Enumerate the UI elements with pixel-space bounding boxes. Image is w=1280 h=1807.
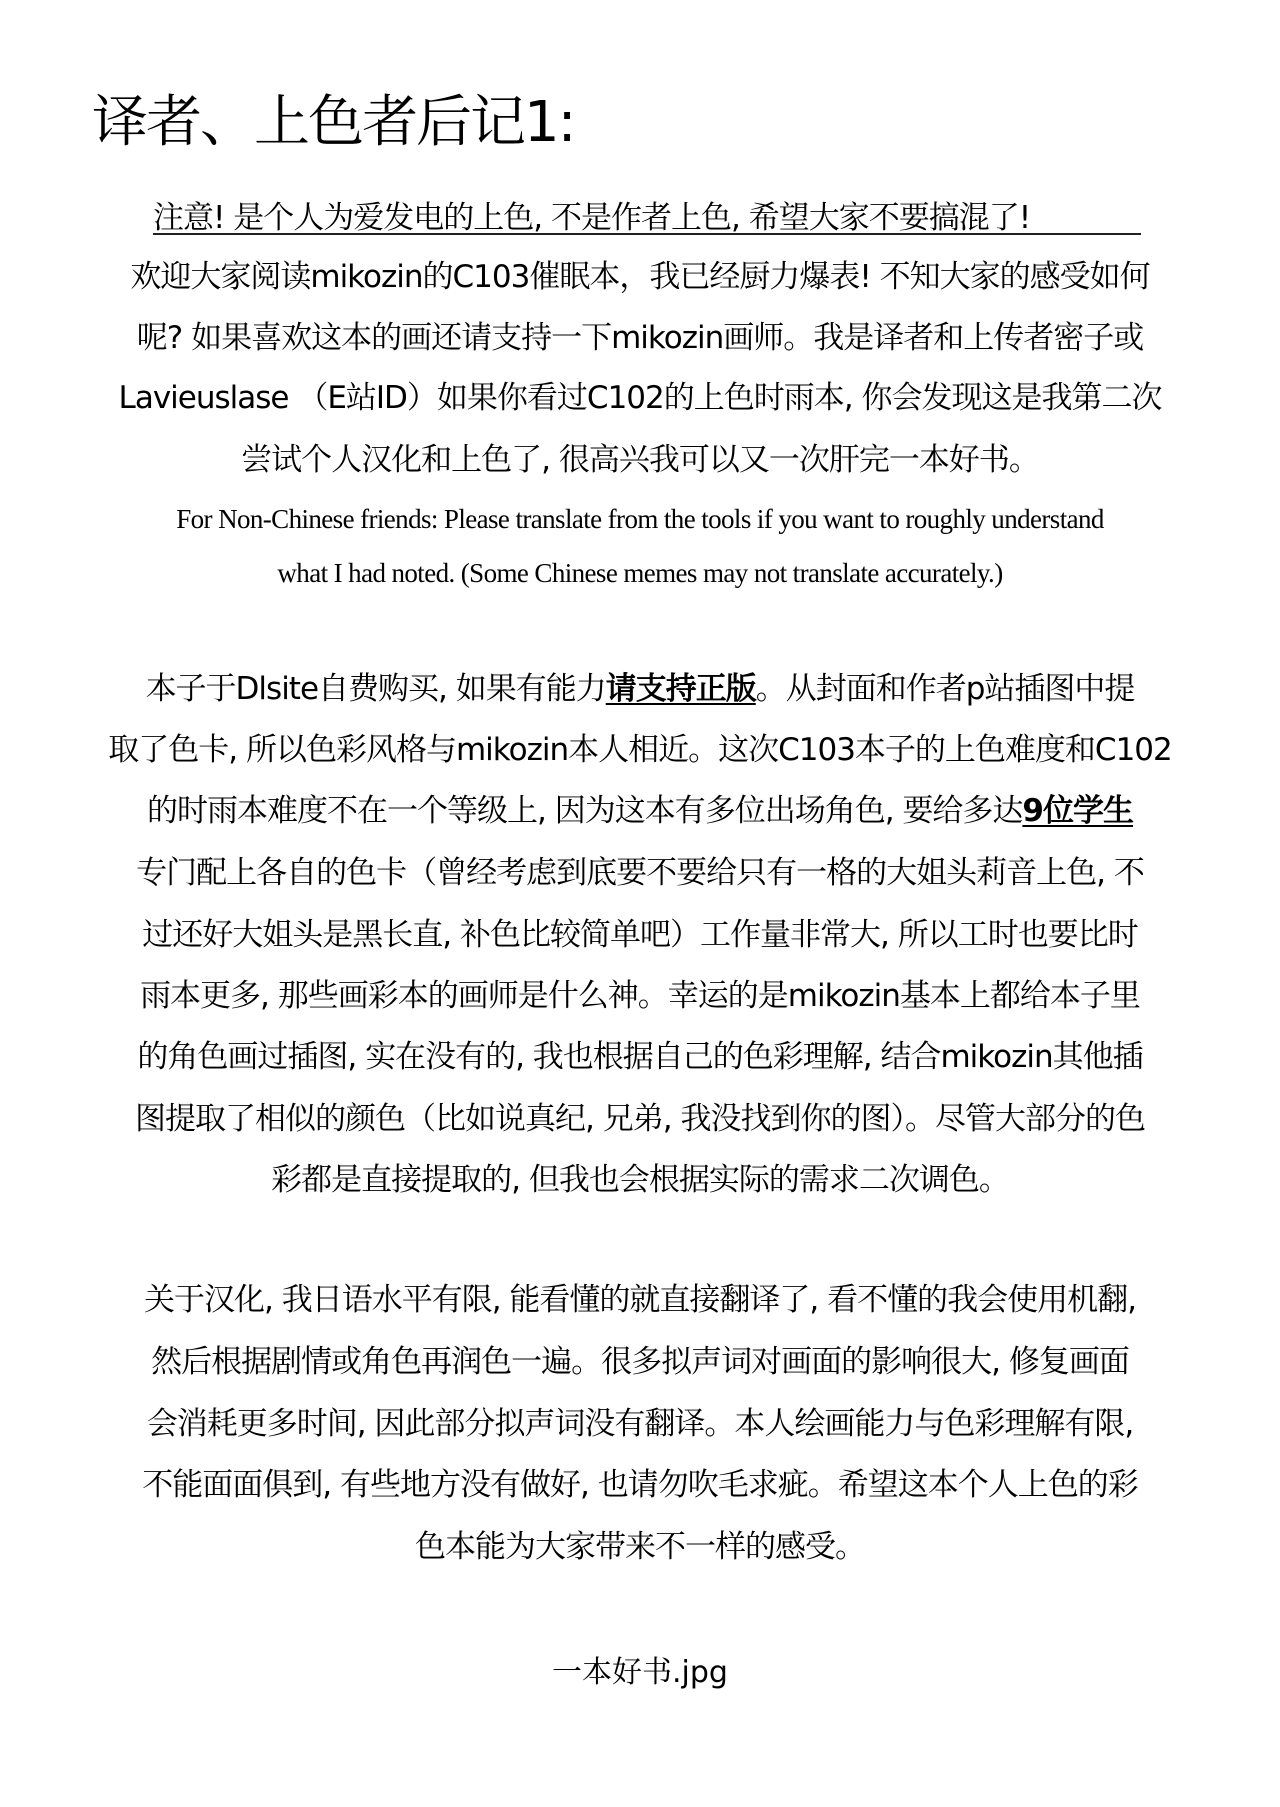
translation-line: 色本能为大家带来不一样的感受。 bbox=[0, 1527, 1280, 1567]
coloring-line: 专门配上各自的色卡（曾经考虑到底要不要给只有一格的大姐头莉音上色, 不 bbox=[0, 853, 1280, 893]
translation-line: 不能面面俱到, 有些地方没有做好, 也请勿吹毛求疵。希望这本个人上色的彩 bbox=[0, 1465, 1280, 1505]
coloring-line: 取了色卡, 所以色彩风格与mikozin本人相近。这次C103本子的上色难度和C… bbox=[0, 730, 1280, 770]
page-title: 译者、上色者后记1: bbox=[92, 88, 575, 158]
translation-line: 然后根据剧情或角色再润色一遍。很多拟声词对画面的影响很大, 修复画面 bbox=[0, 1342, 1280, 1382]
coloring-line: 过还好大姐头是黑长直, 补色比较简单吧）工作量非常大, 所以工时也要比时 bbox=[0, 915, 1280, 955]
coloring-text: 的时雨本难度不在一个等级上, 因为这本有多位出场角色, 要给多达 bbox=[147, 793, 1022, 829]
intro-line: Lavieuslase （E站ID）如果你看过C102的上色时雨本, 你会发现这… bbox=[0, 378, 1280, 418]
support-official-emphasis: 请支持正版 bbox=[606, 671, 756, 707]
notice-underline bbox=[153, 233, 1141, 235]
afterword-page: 译者、上色者后记1: 注意! 是个人为爱发电的上色, 不是作者上色, 希望大家不… bbox=[0, 0, 1280, 1807]
translation-line: 关于汉化, 我日语水平有限, 能看懂的就直接翻译了, 看不懂的我会使用机翻, bbox=[0, 1280, 1280, 1320]
english-line: what I had noted. (Some Chinese memes ma… bbox=[0, 553, 1280, 593]
footer-caption: 一本好书.jpg bbox=[0, 1653, 1280, 1693]
coloring-line: 的时雨本难度不在一个等级上, 因为这本有多位出场角色, 要给多达9位学生 bbox=[0, 791, 1280, 831]
intro-line: 欢迎大家阅读mikozin的C103催眠本，我已经厨力爆表! 不知大家的感受如何 bbox=[0, 257, 1280, 297]
english-line: For Non-Chinese friends: Please translat… bbox=[0, 499, 1280, 539]
intro-line: 尝试个人汉化和上色了, 很高兴我可以又一次肝完一本好书。 bbox=[0, 440, 1280, 480]
intro-line: 呢? 如果喜欢这本的画还请支持一下mikozin画师。我是译者和上传者密子或 bbox=[0, 318, 1280, 358]
coloring-text: 本子于Dlsite自费购买, 如果有能力 bbox=[146, 671, 606, 707]
translation-line: 会消耗更多时间, 因此部分拟声词没有翻译。本人绘画能力与色彩理解有限, bbox=[0, 1404, 1280, 1444]
coloring-line: 本子于Dlsite自费购买, 如果有能力请支持正版。从封面和作者p站插图中提 bbox=[0, 669, 1280, 709]
coloring-line: 雨本更多, 那些画彩本的画师是什么神。幸运的是mikozin基本上都给本子里 bbox=[0, 976, 1280, 1016]
nine-students-emphasis: 9位学生 bbox=[1022, 793, 1133, 829]
coloring-line: 的角色画过插图, 实在没有的, 我也根据自己的色彩理解, 结合mikozin其他… bbox=[0, 1037, 1280, 1077]
coloring-line: 彩都是直接提取的, 但我也会根据实际的需求二次调色。 bbox=[0, 1160, 1280, 1200]
notice-text: 注意! 是个人为爱发电的上色, 不是作者上色, 希望大家不要搞混了! bbox=[153, 198, 1139, 238]
coloring-line: 图提取了相似的颜色（比如说真纪, 兄弟, 我没找到你的图）。尽管大部分的色 bbox=[0, 1099, 1280, 1139]
coloring-text: 。从封面和作者p站插图中提 bbox=[756, 671, 1135, 707]
